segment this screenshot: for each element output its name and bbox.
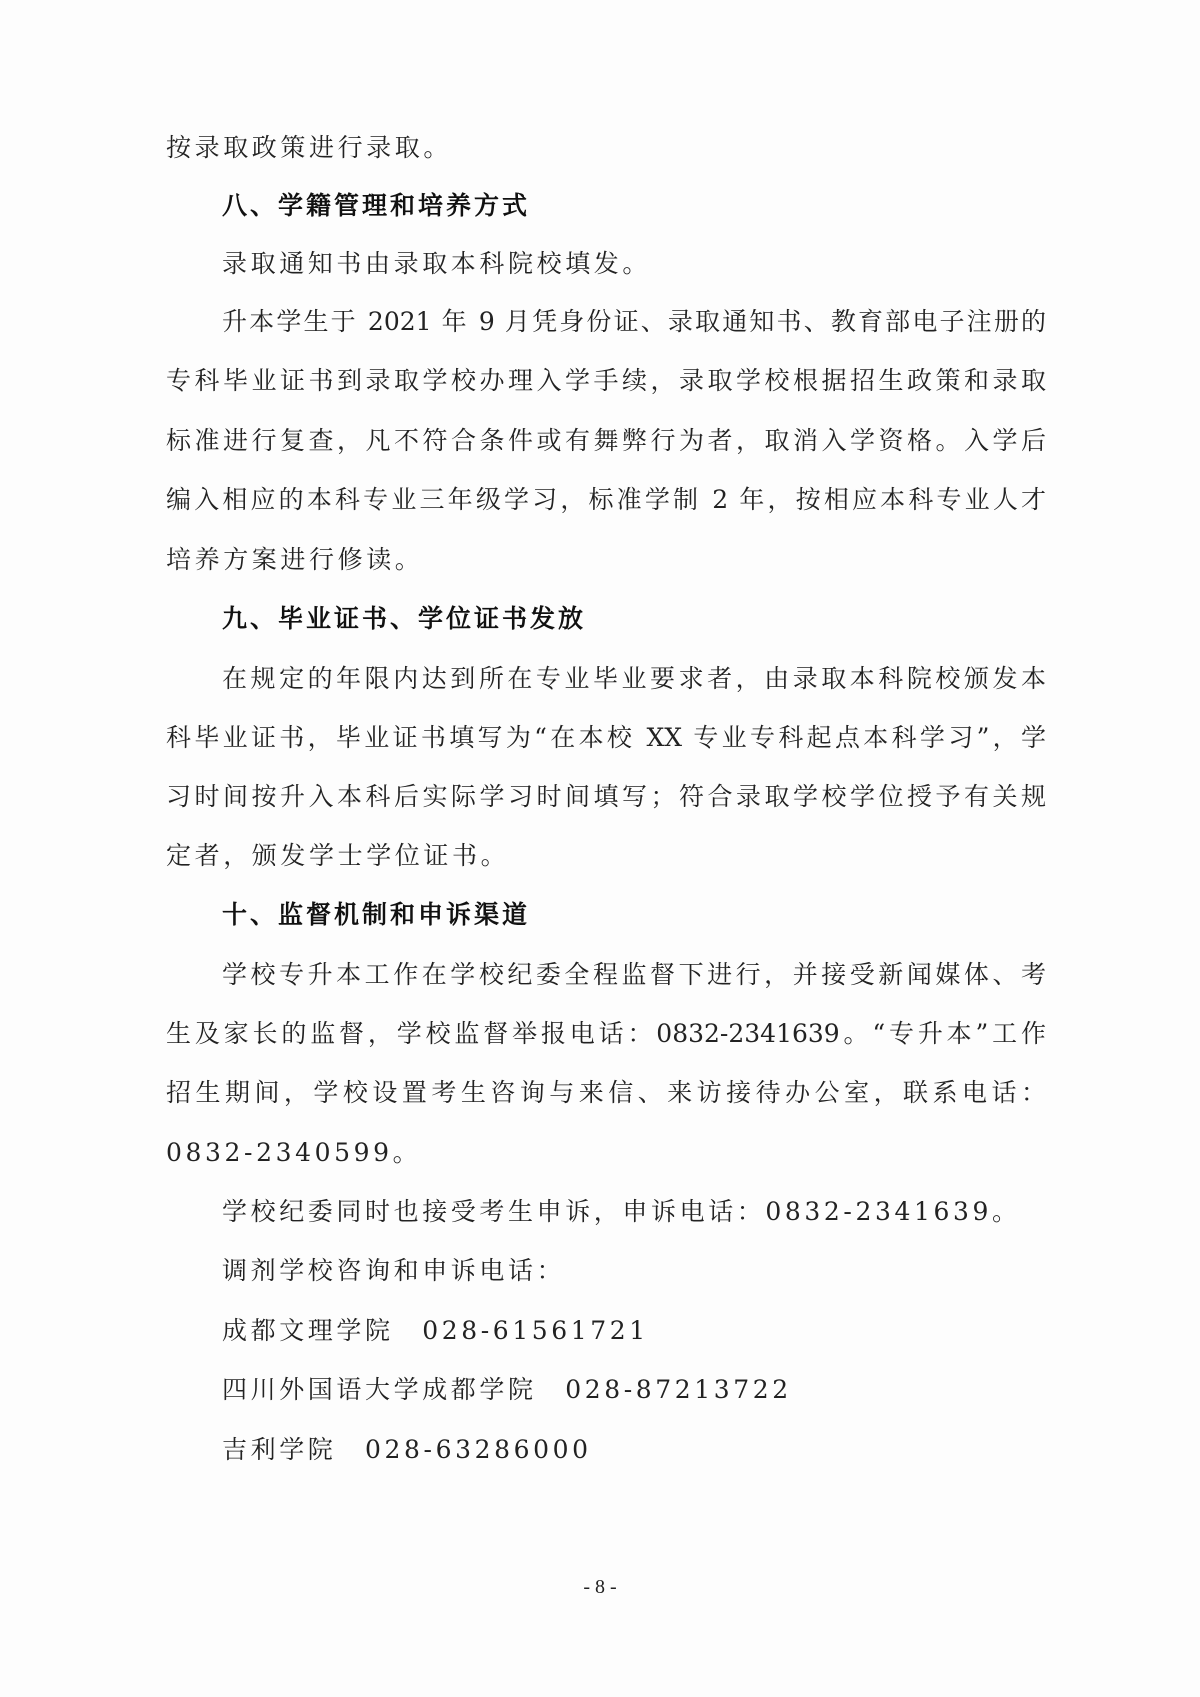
contact-entry: 吉利学院 028-63286000: [222, 1430, 1046, 1470]
paragraph-line: 专科毕业证书到录取学校办理入学手续，录取学校根据招生政策和录取: [166, 361, 1046, 401]
section-heading-10: 十、监督机制和申诉渠道: [222, 895, 1046, 935]
paragraph-line: 录取通知书由录取本科院校填发。: [222, 244, 1046, 284]
paragraph-line: 升本学生于 2021 年 9 月凭身份证、录取通知书、教育部电子注册的: [222, 302, 1046, 342]
paragraph-line: 科毕业证书，毕业证书填写为“在本校 XX 专业专科起点本科学习”，学: [166, 718, 1046, 758]
paragraph-line: 按录取政策进行录取。: [166, 128, 1046, 168]
paragraph-line: 调剂学校咨询和申诉电话：: [222, 1251, 1046, 1291]
page-number: - 8 -: [0, 1576, 1200, 1599]
paragraph-line: 培养方案进行修读。: [166, 540, 1046, 580]
paragraph-line: 编入相应的本科专业三年级学习，标准学制 2 年，按相应本科专业人才: [166, 480, 1046, 520]
section-heading-9: 九、毕业证书、学位证书发放: [222, 599, 1046, 639]
paragraph-line: 学校纪委同时也接受考生申诉，申诉电话：0832-2341639。: [222, 1192, 1046, 1232]
document-page: 按录取政策进行录取。 八、学籍管理和培养方式 录取通知书由录取本科院校填发。 升…: [0, 0, 1200, 1697]
paragraph-line: 学校专升本工作在学校纪委全程监督下进行，并接受新闻媒体、考: [222, 955, 1046, 995]
section-heading-8: 八、学籍管理和培养方式: [222, 186, 1046, 226]
contact-entry: 成都文理学院 028-61561721: [222, 1311, 1046, 1351]
paragraph-line: 标准进行复查，凡不符合条件或有舞弊行为者，取消入学资格。入学后: [166, 421, 1046, 461]
paragraph-line: 在规定的年限内达到所在专业毕业要求者，由录取本科院校颁发本: [222, 659, 1046, 699]
paragraph-line: 生及家长的监督，学校监督举报电话：0832-2341639。“专升本”工作: [166, 1014, 1046, 1054]
phone-number-line: 0832-2340599。: [166, 1133, 1046, 1173]
paragraph-line: 招生期间，学校设置考生咨询与来信、来访接待办公室，联系电话：: [166, 1073, 1046, 1113]
contact-entry: 四川外国语大学成都学院 028-87213722: [222, 1370, 1046, 1410]
paragraph-line: 定者，颁发学士学位证书。: [166, 836, 1046, 876]
paragraph-line: 习时间按升入本科后实际学习时间填写；符合录取学校学位授予有关规: [166, 777, 1046, 817]
